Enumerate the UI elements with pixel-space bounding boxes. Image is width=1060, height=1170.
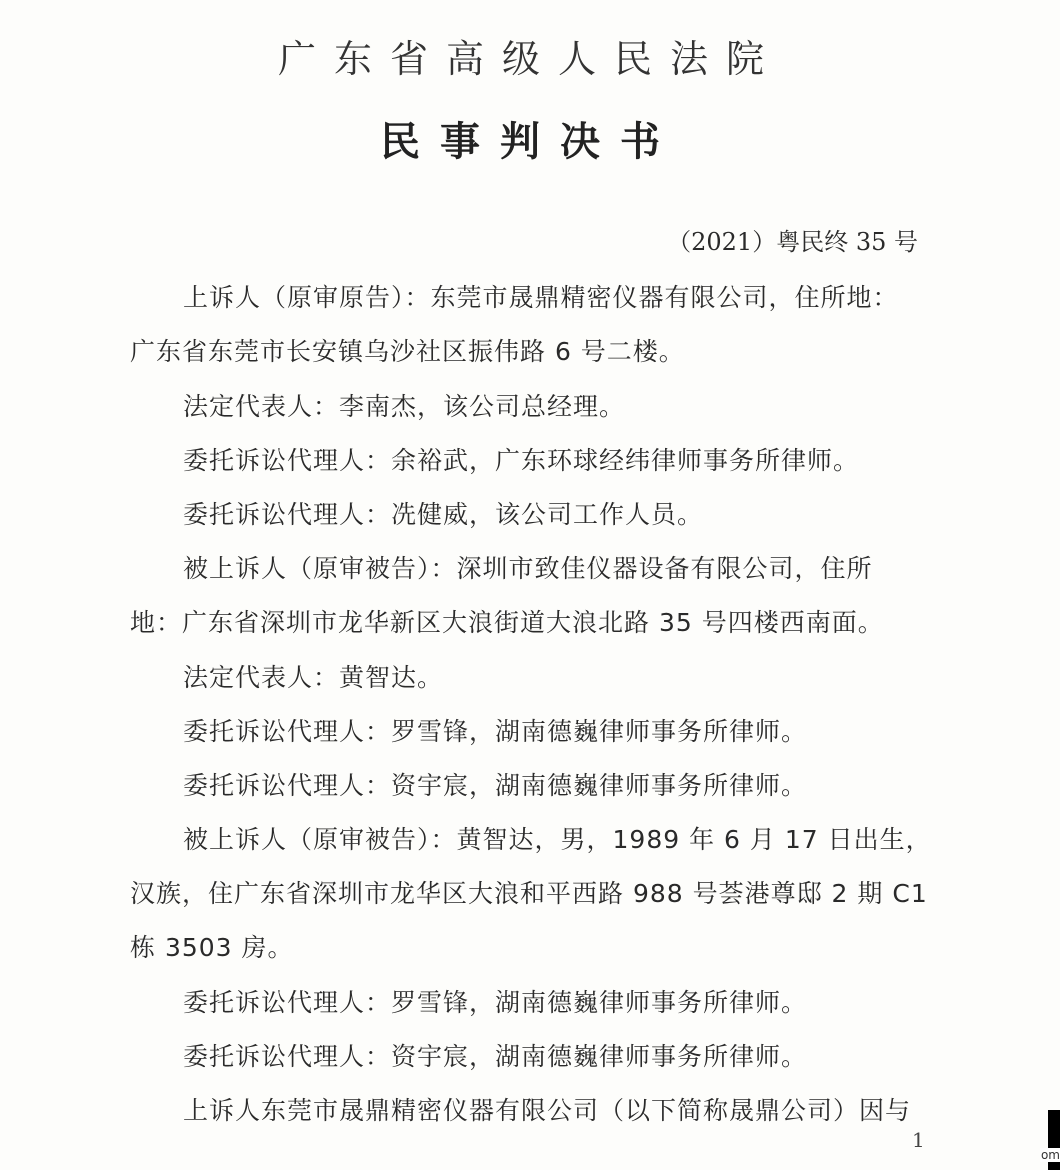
document-type-title: 民事判决书 bbox=[0, 110, 1060, 167]
party-line: 委托诉讼代理人：罗雪锋，湖南德巍律师事务所律师。 bbox=[183, 983, 973, 1019]
document-page: 广东省高级人民法院 民事判决书 （2021）粤民终 35 号 上诉人（原审原告）… bbox=[0, 0, 1060, 1170]
party-line: 汉族，住广东省深圳市龙华区大浪和平西路 988 号荟港尊邸 2 期 C1 bbox=[130, 874, 920, 910]
party-line: 被上诉人（原审被告）：黄智达，男，1989 年 6 月 17 日出生， bbox=[183, 820, 973, 856]
party-line: 广东省东莞市长安镇乌沙社区振伟路 6 号二楼。 bbox=[130, 332, 920, 368]
case-number: （2021）粤民终 35 号 bbox=[667, 222, 918, 257]
party-line: 委托诉讼代理人：资宇宸，湖南德巍律师事务所律师。 bbox=[183, 766, 973, 802]
party-line: 地：广东省深圳市龙华新区大浪街道大浪北路 35 号四楼西南面。 bbox=[130, 603, 920, 639]
page-number: 1 bbox=[912, 1128, 925, 1152]
party-line: 委托诉讼代理人：冼健威，该公司工作人员。 bbox=[183, 495, 973, 531]
party-line: 栋 3503 房。 bbox=[130, 928, 920, 964]
party-line: 委托诉讼代理人：资宇宸，湖南德巍律师事务所律师。 bbox=[183, 1037, 973, 1073]
party-line: 法定代表人：李南杰，该公司总经理。 bbox=[183, 387, 973, 423]
party-line: 法定代表人：黄智达。 bbox=[183, 658, 973, 694]
edge-watermark: om bbox=[1040, 1148, 1060, 1162]
party-line: 上诉人东莞市晟鼎精密仪器有限公司（以下简称晟鼎公司）因与 bbox=[183, 1091, 973, 1127]
court-name: 广东省高级人民法院 bbox=[0, 28, 1060, 83]
party-line: 上诉人（原审原告）：东莞市晟鼎精密仪器有限公司，住所地： bbox=[183, 278, 973, 314]
party-line: 被上诉人（原审被告）：深圳市致佳仪器设备有限公司，住所 bbox=[183, 549, 973, 585]
party-line: 委托诉讼代理人：罗雪锋，湖南德巍律师事务所律师。 bbox=[183, 712, 973, 748]
party-line: 委托诉讼代理人：余裕武，广东环球经纬律师事务所律师。 bbox=[183, 441, 973, 477]
